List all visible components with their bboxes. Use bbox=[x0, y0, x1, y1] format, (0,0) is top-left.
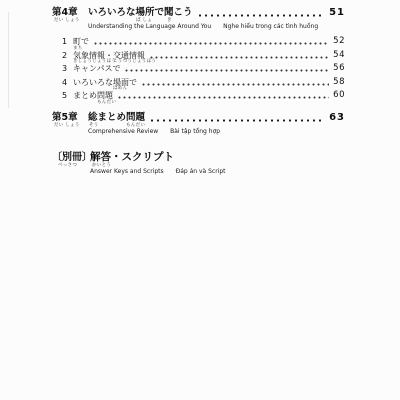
item-5-page-number: 60 bbox=[333, 91, 345, 100]
toc-chapter-5-block: 第5章 だい しょう 総まとめ問題 そう もんだい 63 Comprehensi… bbox=[52, 113, 345, 135]
appendix-subtitle: Answer Keys and Scripts Đáp án và Script bbox=[90, 168, 345, 175]
leader-dots bbox=[149, 119, 325, 122]
item-2-title: 気象情報・交通情報 きしょうじょうほう こうつうじょうほう bbox=[73, 51, 145, 60]
item-2-page-number: 54 bbox=[333, 51, 345, 60]
toc-item-row-4: 4 いろいろな場面で ばめん 58 bbox=[62, 78, 345, 87]
scanned-toc-page: 第4章 だい しょう いろいろな場所で聞こう ば しょ き 51 Underst… bbox=[0, 0, 400, 400]
chapter-5-title-furigana-so: そう bbox=[89, 124, 99, 129]
chapter-4-label: 第4章 だい しょう bbox=[52, 8, 88, 18]
appendix-label: 〔別冊〕 べっさつ bbox=[52, 152, 90, 163]
item-4-number: 4 bbox=[62, 78, 73, 87]
chapter-5-page-number: 63 bbox=[329, 113, 345, 123]
toc-content: 第4章 だい しょう いろいろな場所で聞こう ば しょ き 51 Underst… bbox=[52, 8, 345, 175]
item-1-title: 町で まち bbox=[73, 37, 89, 46]
item-1-page-number: 52 bbox=[333, 37, 345, 46]
leader-dots bbox=[117, 96, 329, 99]
toc-chapter-5-row: 第5章 だい しょう 総まとめ問題 そう もんだい 63 bbox=[52, 113, 345, 123]
chapter-5-subtitle: Comprehensive Review Bài tập tổng hợp bbox=[88, 128, 345, 135]
page-edge-line bbox=[8, 12, 9, 108]
appendix-label-text: 〔別冊〕 bbox=[52, 152, 92, 163]
leader-dots bbox=[93, 42, 329, 45]
appendix-subtitle-vi: Đáp án và Script bbox=[176, 168, 226, 175]
appendix-label-furigana: べっさつ bbox=[58, 164, 77, 169]
item-2-number: 2 bbox=[62, 51, 73, 60]
leader-dots bbox=[197, 14, 326, 17]
chapter-5-subtitle-vi: Bài tập tổng hợp bbox=[170, 128, 220, 135]
chapter-5-label-text: 第5章 bbox=[52, 112, 78, 123]
leader-dots bbox=[141, 83, 329, 86]
appendix-title-furigana: かいとう bbox=[92, 164, 111, 169]
item-3-title-text: キャンパスで bbox=[73, 64, 120, 73]
chapter-4-title-furigana-ki: き bbox=[167, 19, 172, 24]
item-5-title-text: まとめ問題 bbox=[73, 91, 113, 100]
item-5-number: 5 bbox=[62, 91, 73, 100]
chapter-5-label: 第5章 だい しょう bbox=[52, 113, 88, 123]
chapter-5-subtitle-en: Comprehensive Review bbox=[88, 128, 158, 135]
chapter-4-label-furigana: だい しょう bbox=[54, 19, 80, 24]
item-1-title-text: 町で bbox=[73, 37, 89, 46]
toc-item-row-2: 2 気象情報・交通情報 きしょうじょうほう こうつうじょうほう 54 bbox=[62, 51, 345, 60]
item-3-page-number: 56 bbox=[333, 64, 345, 73]
chapter-5-title: 総まとめ問題 そう もんだい bbox=[88, 113, 145, 123]
item-1-number: 1 bbox=[62, 37, 73, 46]
toc-item-row-3: 3 キャンパスで 56 bbox=[62, 64, 345, 73]
chapter-4-subtitle-vi: Nghe hiểu trong các tình huống bbox=[223, 23, 318, 30]
appendix-title: 解答・スクリプト かいとう bbox=[90, 152, 174, 163]
toc-item-row-1: 1 町で まち 52 bbox=[62, 37, 345, 46]
leader-dots bbox=[124, 69, 329, 72]
appendix-title-text: 解答・スクリプト bbox=[90, 151, 174, 163]
appendix-subtitle-en: Answer Keys and Scripts bbox=[90, 168, 164, 175]
chapter-4-page-number: 51 bbox=[329, 8, 345, 18]
chapter-4-item-list: 1 町で まち 52 2 気象情報・交通情報 きしょうじょうほう こうつうじょう… bbox=[52, 37, 345, 100]
chapter-4-title: いろいろな場所で聞こう ば しょ き bbox=[88, 8, 193, 18]
item-4-title-text: いろいろな場面で bbox=[73, 78, 137, 87]
item-4-title: いろいろな場面で ばめん bbox=[73, 78, 137, 87]
item-5-furigana: もんだい bbox=[97, 101, 116, 106]
toc-item-row-5: 5 まとめ問題 もんだい 60 bbox=[62, 91, 345, 100]
chapter-5-label-furigana: だい しょう bbox=[54, 124, 80, 129]
item-5-title: まとめ問題 もんだい bbox=[73, 91, 113, 100]
chapter-5-title-text: 総まとめ問題 bbox=[88, 112, 145, 123]
chapter-4-subtitle-en: Understanding the Language Around You bbox=[88, 23, 211, 30]
item-4-furigana: ばめん bbox=[113, 87, 127, 92]
chapter-5-title-furigana-mondai: もんだい bbox=[126, 124, 145, 129]
leader-dots bbox=[149, 56, 329, 59]
item-3-title: キャンパスで bbox=[73, 64, 120, 73]
chapter-4-subtitle: Understanding the Language Around You Ng… bbox=[88, 23, 345, 30]
item-3-number: 3 bbox=[62, 64, 73, 73]
chapter-4-label-text: 第4章 bbox=[52, 7, 78, 18]
item-4-page-number: 58 bbox=[333, 78, 345, 87]
chapter-4-title-furigana-basho: ば しょ bbox=[136, 19, 152, 24]
toc-chapter-4-row: 第4章 だい しょう いろいろな場所で聞こう ば しょ き 51 bbox=[52, 8, 345, 18]
appendix-row: 〔別冊〕 べっさつ 解答・スクリプト かいとう bbox=[52, 152, 345, 163]
chapter-4-title-text: いろいろな場所で聞こう bbox=[88, 7, 193, 18]
